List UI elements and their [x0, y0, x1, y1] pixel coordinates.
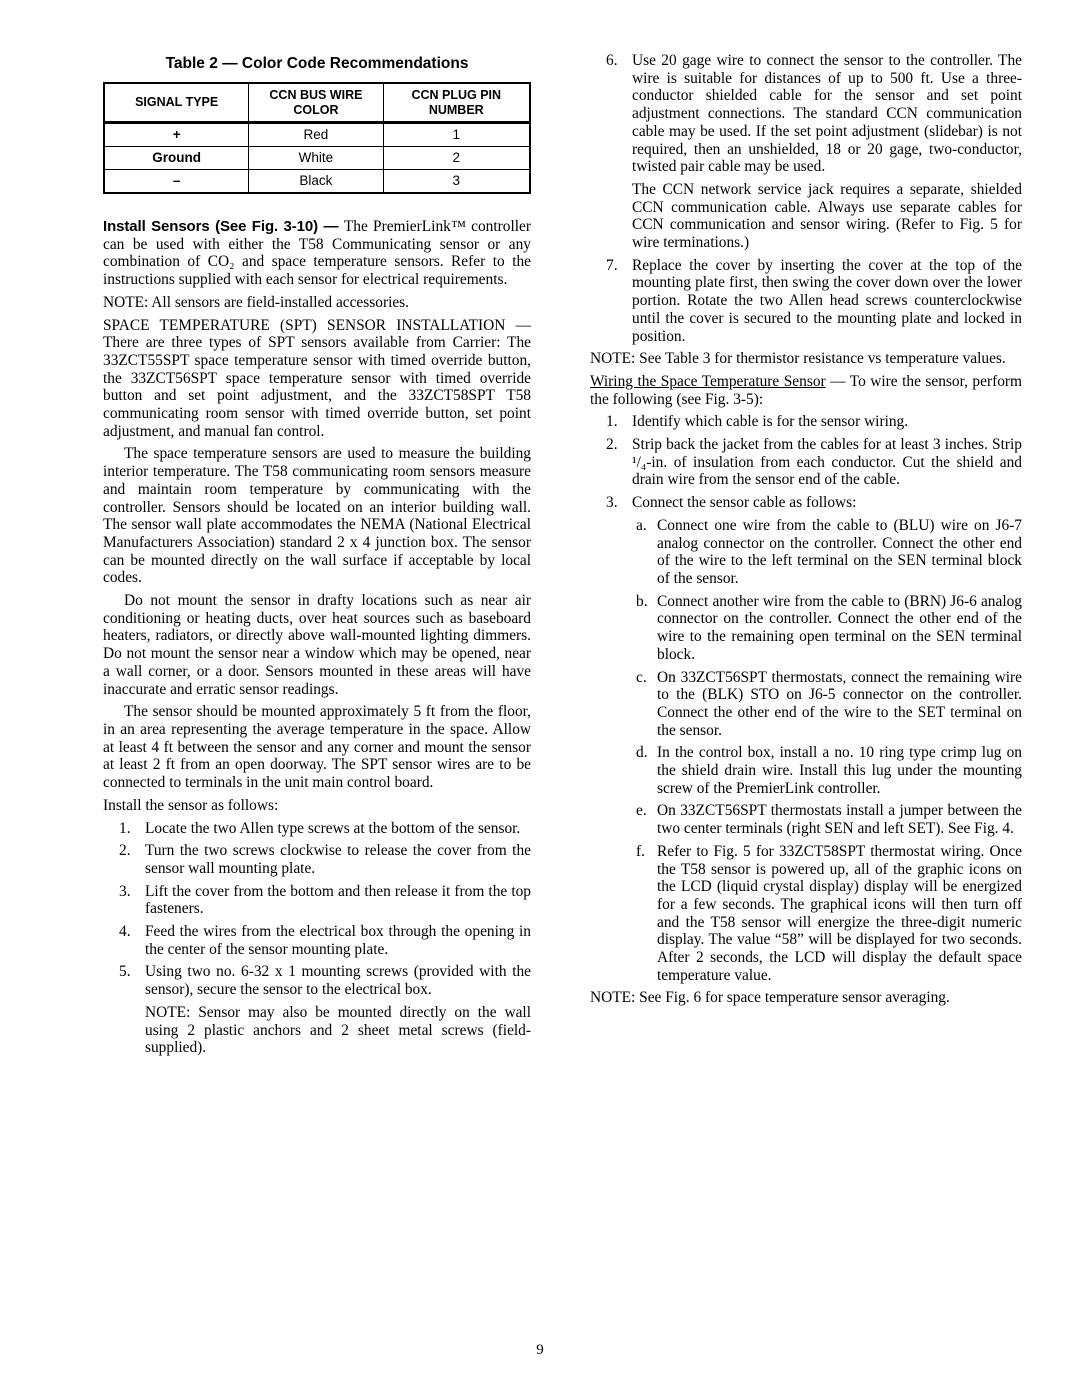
step-number: 5. [119, 963, 145, 998]
numbered-step: 4. Feed the wires from the electrical bo… [103, 923, 531, 958]
table-cell: Red [249, 123, 383, 147]
table-cell: Ground [104, 147, 249, 170]
table-cell: 3 [383, 170, 530, 194]
step-number: 6. [606, 52, 632, 252]
install-steps-intro: Install the sensor as follows: [103, 797, 531, 815]
lettered-substep: a. Connect one wire from the cable to (B… [590, 517, 1022, 588]
lettered-substep: d. In the control box, install a no. 10 … [590, 744, 1022, 797]
substep-text: Connect another wire from the cable to (… [657, 593, 1022, 664]
step-number: 3. [119, 883, 145, 918]
step-number: 2. [606, 436, 632, 489]
wiring-section-paragraph: Wiring the Space Temperature Sensor — To… [590, 373, 1022, 408]
header-signal-type: SIGNAL TYPE [104, 83, 249, 123]
table-cell: 2 [383, 147, 530, 170]
table-cell: White [249, 147, 383, 170]
step-text: Connect the sensor cable as follows: [632, 494, 1022, 512]
numbered-step: 7. Replace the cover by inserting the co… [590, 257, 1022, 346]
step6-paragraph-2: The CCN network service jack requires a … [632, 181, 1022, 252]
substep-text: In the control box, install a no. 10 rin… [657, 744, 1022, 797]
table-row: – Black 3 [104, 170, 530, 194]
table-title: Table 2 — Color Code Recommendations [103, 55, 531, 73]
numbered-step: 3. Lift the cover from the bottom and th… [103, 883, 531, 918]
step-text: Replace the cover by inserting the cover… [632, 257, 1022, 346]
install-sensors-heading: Install Sensors (See Fig. 3-10) — [103, 218, 344, 235]
install-sensors-paragraph: Install Sensors (See Fig. 3-10) — The Pr… [103, 218, 531, 289]
substep-letter: b. [636, 593, 657, 664]
spt-installation-paragraph: SPACE TEMPERATURE (SPT) SENSOR INSTALLAT… [103, 317, 531, 441]
left-column: Table 2 — Color Code Recommendations SIG… [103, 55, 531, 1062]
substep-letter: f. [636, 843, 657, 985]
step-text: Locate the two Allen type screws at the … [145, 820, 531, 838]
table-row: Ground White 2 [104, 147, 530, 170]
step-text: Strip back the jacket from the cables fo… [632, 436, 1022, 489]
numbered-step: 5. Using two no. 6-32 x 1 mounting screw… [103, 963, 531, 998]
color-code-table: SIGNAL TYPE CCN BUS WIRE COLOR CCN PLUG … [103, 82, 531, 194]
numbered-step: 1. Identify which cable is for the senso… [590, 413, 1022, 431]
right-column: 6. Use 20 gage wire to connect the senso… [590, 52, 1022, 1012]
step-text: Lift the cover from the bottom and then … [145, 883, 531, 918]
color-code-table-section: Table 2 — Color Code Recommendations SIG… [103, 55, 531, 194]
numbered-step: 1. Locate the two Allen type screws at t… [103, 820, 531, 838]
numbered-step: 2. Turn the two screws clockwise to rele… [103, 842, 531, 877]
table-cell: – [104, 170, 249, 194]
lettered-substep: b. Connect another wire from the cable t… [590, 593, 1022, 664]
substep-letter: e. [636, 802, 657, 837]
lettered-substep: f. Refer to Fig. 5 for 33ZCT58SPT thermo… [590, 843, 1022, 985]
step-number: 2. [119, 842, 145, 877]
substep-letter: d. [636, 744, 657, 797]
table-cell: 1 [383, 123, 530, 147]
step-number: 3. [606, 494, 632, 512]
numbered-step: 2. Strip back the jacket from the cables… [590, 436, 1022, 489]
numbered-step: 6. Use 20 gage wire to connect the senso… [590, 52, 1022, 252]
header-ccn-bus-wire-color: CCN BUS WIRE COLOR [249, 83, 383, 123]
note-table3: NOTE: See Table 3 for thermistor resista… [590, 350, 1022, 368]
note-fig6: NOTE: See Fig. 6 for space temperature s… [590, 989, 1022, 1007]
step-text: Identify which cable is for the sensor w… [632, 413, 1022, 431]
substep-text: Connect one wire from the cable to (BLU)… [657, 517, 1022, 588]
step-text: Feed the wires from the electrical box t… [145, 923, 531, 958]
header-ccn-plug-pin-number: CCN PLUG PIN NUMBER [383, 83, 530, 123]
page-number: 9 [0, 1342, 1080, 1359]
substep-text: Refer to Fig. 5 for 33ZCT58SPT thermosta… [657, 843, 1022, 985]
substep-text: On 33ZCT56SPT thermostats install a jump… [657, 802, 1022, 837]
table-row: + Red 1 [104, 123, 530, 147]
step-number: 7. [606, 257, 632, 346]
step-number: 1. [119, 820, 145, 838]
lettered-substep: c. On 33ZCT56SPT thermostats, connect th… [590, 669, 1022, 740]
substep-letter: c. [636, 669, 657, 740]
mounting-height-paragraph: The sensor should be mounted approximate… [103, 703, 531, 792]
sensor-usage-paragraph: The space temperature sensors are used t… [103, 445, 531, 587]
step6-paragraph-1: Use 20 gage wire to connect the sensor t… [632, 52, 1022, 176]
substep-letter: a. [636, 517, 657, 588]
step-text: Using two no. 6-32 x 1 mounting screws (… [145, 963, 531, 998]
note-wall-mount: NOTE: Sensor may also be mounted directl… [103, 1004, 531, 1057]
wiring-section-heading: Wiring the Space Temperature Sensor [590, 373, 826, 390]
step-text: Turn the two screws clockwise to release… [145, 842, 531, 877]
lettered-substep: e. On 33ZCT56SPT thermostats install a j… [590, 802, 1022, 837]
step-number: 1. [606, 413, 632, 431]
substep-text: On 33ZCT56SPT thermostats, connect the r… [657, 669, 1022, 740]
note-field-installed: NOTE: All sensors are field-installed ac… [103, 294, 531, 312]
numbered-step: 3. Connect the sensor cable as follows: [590, 494, 1022, 512]
step-number: 4. [119, 923, 145, 958]
step-text: Use 20 gage wire to connect the sensor t… [632, 52, 1022, 252]
mounting-caution-paragraph: Do not mount the sensor in drafty locati… [103, 592, 531, 698]
table-cell: + [104, 123, 249, 147]
table-cell: Black [249, 170, 383, 194]
table-header-row: SIGNAL TYPE CCN BUS WIRE COLOR CCN PLUG … [104, 83, 530, 123]
manual-page: Table 2 — Color Code Recommendations SIG… [0, 0, 1080, 1397]
